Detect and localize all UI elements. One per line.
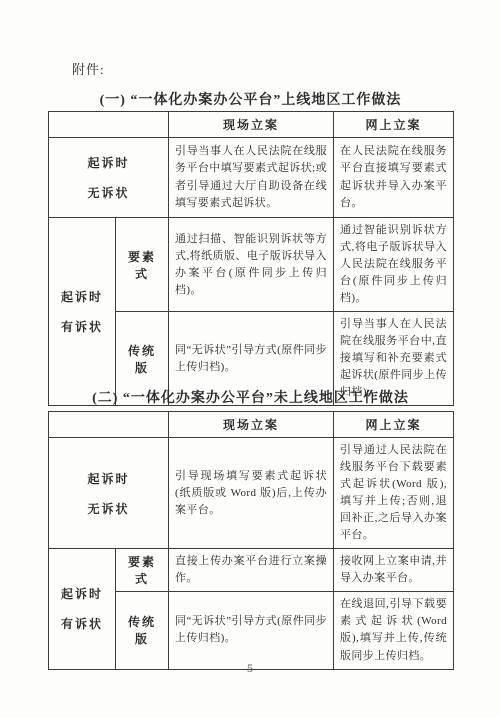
table2-cell-element-onsite: 直接上传办案平台进行立案操作。: [169, 549, 334, 592]
table2-cell-traditional-online: 在线退回,引导下载要素式起诉状(Word 版),填写并上传,传统版同步上传归档。: [334, 592, 454, 669]
table2-header-onsite: 现场立案: [169, 412, 334, 438]
table2-sublabel-traditional: 传统版: [116, 592, 169, 669]
table1-header-row: 现场立案 网上立案: [49, 112, 454, 138]
table1-cell-no-complaint-online: 在人民法院在线服务平台直接填写要素式起诉状并导入办案平台。: [334, 138, 454, 218]
label-line-2: 有诉状: [55, 318, 109, 335]
table1-corner-cell: [49, 112, 169, 138]
table2-header-online: 网上立案: [334, 412, 454, 438]
table1-title: (一) “一体化办案办公平台”上线地区工作做法: [48, 89, 453, 109]
label-line-1: 起诉时: [55, 288, 109, 305]
table1-sublabel-element: 要素式: [116, 218, 169, 312]
table1-cell-element-onsite: 通过扫描、智能识别诉状等方式,将纸质版、电子版诉状导入办案平台(原件同步上传归档…: [169, 218, 334, 312]
table1-row-element-version: 起诉时 有诉状 要素式 通过扫描、智能识别诉状等方式,将纸质版、电子版诉状导入办…: [49, 218, 454, 312]
table2-header-row: 现场立案 网上立案: [49, 412, 454, 438]
table1-online-regions: 现场立案 网上立案 起诉时 无诉状 引导当事人在人民法院在线服务平台中填写要素式…: [48, 111, 454, 406]
table1-cell-element-online: 通过智能识别诉状方式,将电子版诉状导入人民法院在线服务平台(原件同步上传归档)。: [334, 218, 454, 312]
table2-offline-regions: 现场立案 网上立案 起诉时 无诉状 引导现场填写要素式起诉状(纸质版或 Word…: [48, 411, 454, 670]
table1-header-online: 网上立案: [334, 112, 454, 138]
table2-label-with-complaint: 起诉时 有诉状: [49, 549, 116, 669]
label-line-1: 起诉时: [55, 154, 162, 171]
table2-cell-traditional-onsite: 同“无诉状”引导方式(原件同步上传归档)。: [169, 592, 334, 669]
table2-row-no-complaint: 起诉时 无诉状 引导现场填写要素式起诉状(纸质版或 Word 版)后,上传办案平…: [49, 438, 454, 549]
table2-title: (二) “一体化办案办公平台”未上线地区工作做法: [48, 387, 453, 407]
label-line-2: 无诉状: [55, 184, 162, 201]
label-line-1: 起诉时: [55, 470, 162, 487]
table2-label-no-complaint: 起诉时 无诉状: [49, 438, 169, 549]
table2-cell-element-online: 接收网上立案申请,并导入办案平台。: [334, 549, 454, 592]
table2-cell-no-complaint-online: 引导通过人民法院在线服务平台下载要素式起诉状(Word 版),填写并上传;否则,…: [334, 438, 454, 549]
table2-sublabel-element: 要素式: [116, 549, 169, 592]
label-line-2: 无诉状: [55, 500, 162, 517]
table2-corner-cell: [49, 412, 169, 438]
attachment-label: 附件:: [72, 59, 105, 78]
table2-row-element-version: 起诉时 有诉状 要素式 直接上传办案平台进行立案操作。 接收网上立案申请,并导入…: [49, 549, 454, 592]
table1-label-with-complaint: 起诉时 有诉状: [49, 218, 116, 406]
document-page: 附件: (一) “一体化办案办公平台”上线地区工作做法 现场立案 网上立案 起诉…: [0, 0, 500, 717]
table1-label-no-complaint: 起诉时 无诉状: [49, 138, 169, 218]
label-line-1: 起诉时: [55, 585, 109, 602]
table1-row-no-complaint: 起诉时 无诉状 引导当事人在人民法院在线服务平台中填写要素式起诉状;或者引导通过…: [49, 138, 454, 218]
table2-cell-no-complaint-onsite: 引导现场填写要素式起诉状(纸质版或 Word 版)后,上传办案平台。: [169, 438, 334, 549]
table1-header-onsite: 现场立案: [169, 112, 334, 138]
page-number: 5: [0, 661, 500, 676]
label-line-2: 有诉状: [55, 615, 109, 632]
table1-cell-no-complaint-onsite: 引导当事人在人民法院在线服务平台中填写要素式起诉状;或者引导通过大厅自助设备在线…: [169, 138, 334, 218]
